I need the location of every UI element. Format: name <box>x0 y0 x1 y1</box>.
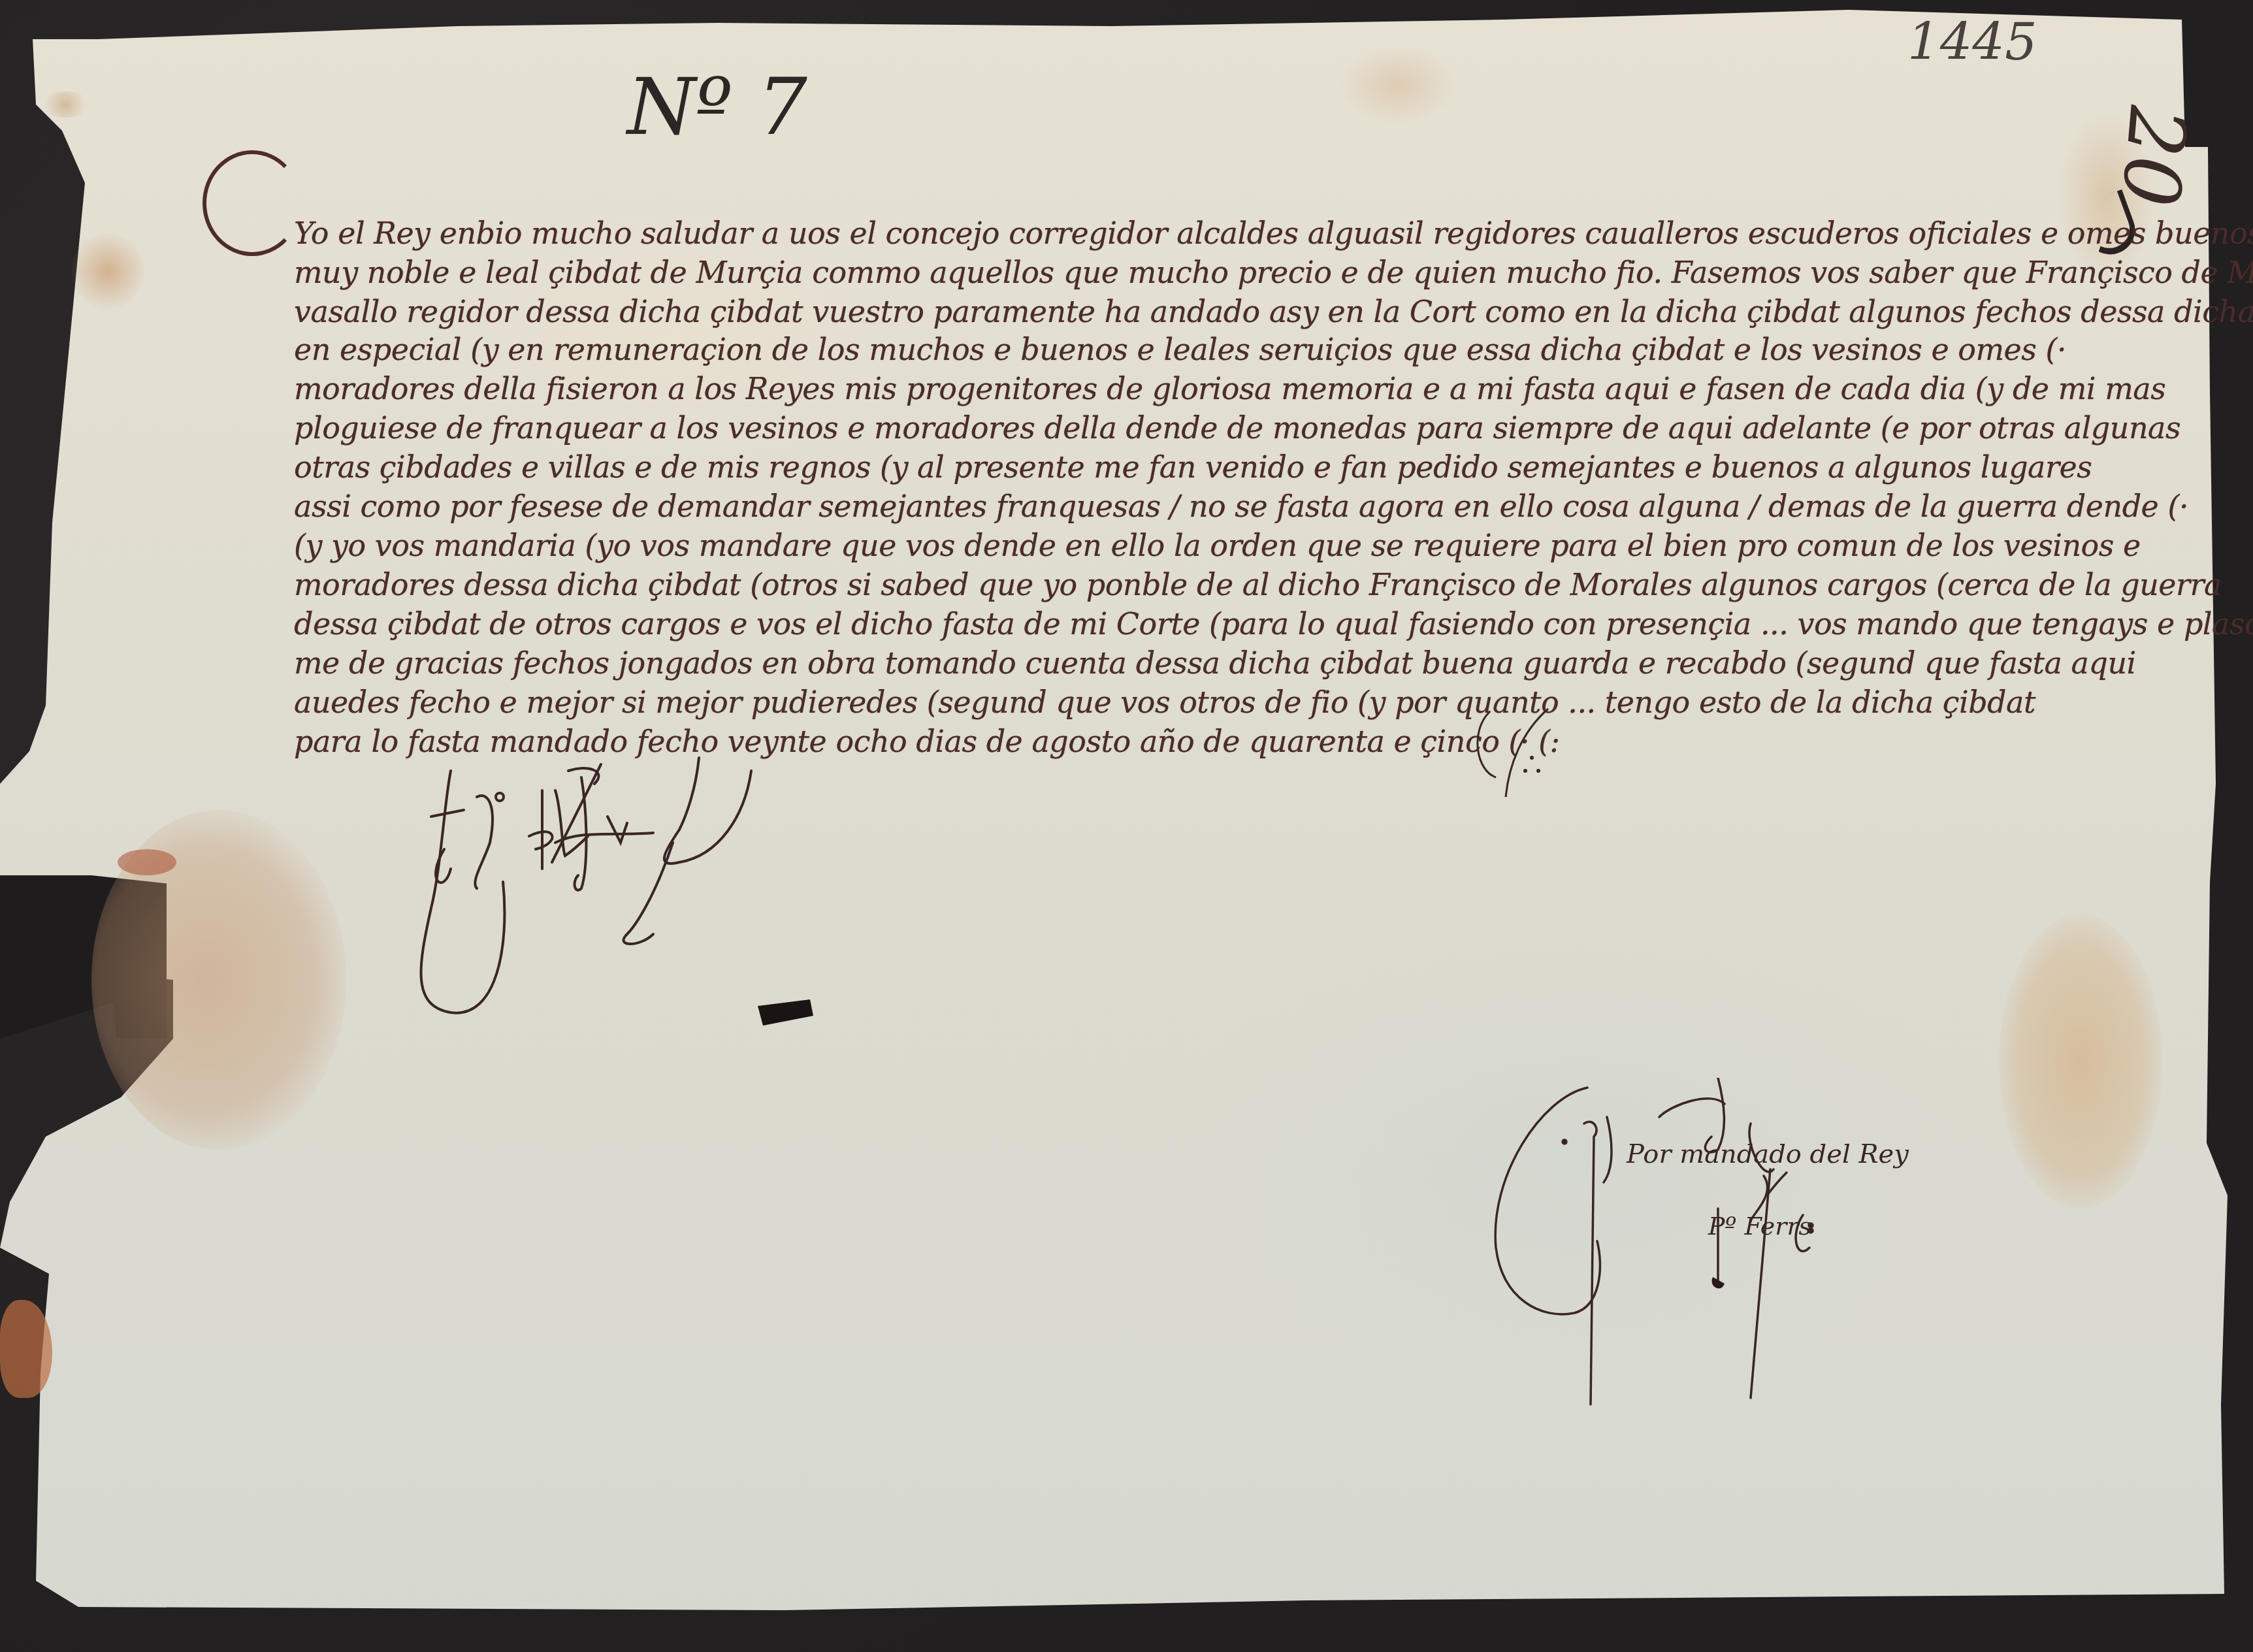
royal-signature <box>405 751 1189 1045</box>
body-line: en especial (y en remuneraçion de los mu… <box>294 332 2066 367</box>
subscription-text-line-1: Por mandado del Rey <box>1626 1139 1909 1169</box>
decorated-initial <box>203 150 302 256</box>
body-line: ploguiese de franquear a los vesinos e m… <box>294 410 2180 445</box>
closing-mark <box>1470 705 1561 803</box>
body-line: muy noble e leal çibdat de Murçia commo … <box>294 255 2253 290</box>
archival-year-note: 1445 <box>1907 13 2037 72</box>
subscription-text-line-2: Pº Ferrs <box>1708 1212 1811 1240</box>
body-line: moradores della fisieron a los Reyes mis… <box>294 371 2165 406</box>
body-line: me de gracias fechos jongados en obra to… <box>294 645 2136 681</box>
archival-number: Nº 7 <box>627 62 807 153</box>
body-line: auedes fecho e mejor si mejor pudieredes… <box>294 685 2035 720</box>
body-line: vasallo regidor dessa dicha çibdat vuest… <box>294 294 2253 329</box>
body-line: (y yo vos mandaria (yo vos mandare que v… <box>294 528 2141 563</box>
body-line: moradores dessa dicha çibdat (otros si s… <box>294 567 2222 602</box>
body-line: assi como por fesese de demandar semejan… <box>294 489 2188 524</box>
body-line: Yo el Rey enbio mucho saludar a uos el c… <box>294 216 2253 251</box>
body-line: dessa çibdat de otros cargos e vos el di… <box>294 606 2253 641</box>
body-line: otras çibdades e villas e de mis regnos … <box>294 449 2092 485</box>
secretary-subscription: Por mandado del Rey Pº Ferrs <box>1476 1078 2064 1417</box>
